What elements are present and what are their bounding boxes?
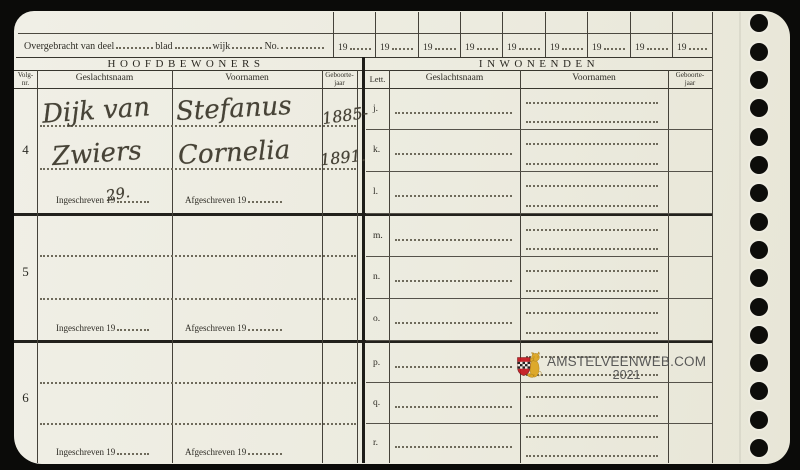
paper-crease — [739, 12, 741, 463]
writing-line — [526, 436, 658, 438]
binder-hole — [750, 43, 768, 61]
inwonenden-title: INWONENDEN — [366, 58, 712, 70]
inwonenden-row: m. — [366, 216, 712, 257]
writing-line — [40, 298, 356, 300]
rule-vertical — [502, 12, 503, 57]
column-header-geslachtsnaam: Geslachtsnaam — [37, 70, 172, 88]
writing-line — [526, 312, 658, 314]
afgeschreven-line: Afgeschreven 19 — [185, 321, 284, 333]
inwonenden-row: o. — [366, 298, 712, 341]
writing-line — [526, 229, 658, 231]
ingeschreven-line: Ingeschreven 19 — [56, 193, 151, 205]
writing-line — [395, 280, 512, 282]
afgeschreven-label: Afgeschreven 19 — [185, 323, 246, 333]
dotted-leader — [117, 321, 149, 331]
row-letter: n. — [373, 272, 380, 282]
binder-hole — [750, 241, 768, 259]
rule-vertical — [672, 12, 673, 57]
writing-line — [526, 332, 658, 334]
dotted-leader — [248, 445, 282, 455]
dotted-leader — [248, 193, 282, 203]
register-row-number: 5 — [14, 264, 37, 280]
writing-line — [526, 415, 658, 417]
row-letter: m. — [373, 231, 383, 241]
year-cell: 19 — [592, 40, 627, 53]
dotted-leader — [689, 40, 707, 50]
writing-line — [526, 248, 658, 250]
afgeschreven-line: Afgeschreven 19 — [185, 445, 284, 457]
rule-vertical — [333, 12, 334, 57]
dotted-leader — [392, 40, 413, 50]
writing-line — [395, 153, 512, 155]
dotted-leader — [604, 40, 625, 50]
dotted-leader — [477, 40, 498, 50]
year-cell: 19 — [677, 40, 709, 53]
rule-vertical — [375, 12, 376, 57]
year-cell: 19 — [465, 40, 500, 53]
rule-vertical — [357, 70, 358, 463]
year-cell: 19 — [423, 40, 458, 53]
column-header-geslachtsnaam: Geslachtsnaam — [389, 70, 520, 88]
dotted-leader — [232, 39, 262, 49]
column-header-text: Geboorte- — [668, 71, 712, 79]
writing-line — [395, 446, 512, 448]
writing-line — [526, 455, 658, 457]
rule-vertical — [630, 12, 631, 57]
inwonenden-row: q. — [366, 382, 712, 424]
transfer-wijk-label: wijk — [213, 41, 231, 52]
afgeschreven-line: Afgeschreven 19 — [185, 193, 284, 205]
ingeschreven-line: Ingeschreven 19 — [56, 321, 151, 333]
binder-hole — [750, 382, 768, 400]
column-header-geboortejaar: Geboorte- jaar — [668, 70, 712, 88]
binder-hole — [750, 326, 768, 344]
binder-hole — [750, 71, 768, 89]
row-letter: q. — [373, 398, 380, 408]
writing-line — [526, 270, 658, 272]
rule-vertical — [37, 70, 38, 463]
binder-hole — [750, 184, 768, 202]
binder-hole — [750, 156, 768, 174]
column-header-text: Lett. — [366, 75, 389, 84]
watermark: AMSTELVEENWEB.COM 2021 — [516, 351, 706, 386]
inwonenden-row: j. — [366, 88, 712, 130]
ingeschreven-label: Ingeschreven 19 — [56, 323, 115, 333]
year-cell-label: 19 — [635, 43, 645, 53]
dotted-leader — [281, 39, 324, 49]
column-header-text: Geboorte- — [322, 71, 357, 79]
transfer-label: Overgebracht van deel — [24, 41, 114, 52]
watermark-site: AMSTELVEENWEB.COM — [547, 355, 706, 369]
inwonenden-row: k. — [366, 129, 712, 172]
binder-hole — [750, 269, 768, 287]
writing-line — [40, 255, 356, 257]
register-row-number: 4 — [14, 142, 37, 158]
writing-line — [526, 102, 658, 104]
column-header-voornamen: Voornamen — [520, 70, 668, 88]
column-header-lett: Lett. — [366, 70, 389, 88]
binder-hole — [750, 213, 768, 231]
ingeschreven-line: Ingeschreven 19 — [56, 445, 151, 457]
writing-line — [40, 382, 356, 384]
column-header-text: jaar — [668, 79, 712, 87]
writing-line — [526, 163, 658, 165]
year-cell: 19 — [550, 40, 585, 53]
row-letter: r. — [373, 438, 378, 448]
binder-hole — [750, 411, 768, 429]
year-cell-label: 19 — [380, 43, 390, 53]
rule-vertical — [172, 70, 173, 463]
inwonenden-row: r. — [366, 423, 712, 463]
column-header-text: Volg- — [14, 71, 37, 79]
register-card-scan: Overgebracht van deel blad wijk No. 19 1… — [0, 0, 800, 470]
ingeschreven-label: Ingeschreven 19 — [56, 447, 115, 457]
column-header-text: Geslachtsnaam — [37, 74, 172, 84]
afgeschreven-label: Afgeschreven 19 — [185, 447, 246, 457]
column-header-text: Voornamen — [520, 74, 668, 84]
transfer-line: Overgebracht van deel blad wijk No. — [24, 39, 326, 52]
rule-vertical — [545, 12, 546, 57]
writing-line — [395, 322, 512, 324]
amstelveen-coat-of-arms-icon — [516, 351, 542, 386]
transfer-blad-label: blad — [155, 41, 172, 52]
handwritten-firstname: Stefanus — [175, 91, 292, 127]
year-cell-label: 19 — [338, 43, 348, 53]
year-cell-label: 19 — [507, 43, 517, 53]
row-letter: p. — [373, 358, 380, 368]
dotted-leader — [117, 445, 149, 455]
handwritten-firstname: Cornelia — [177, 135, 291, 171]
writing-line — [395, 239, 512, 241]
row-letter: l. — [373, 187, 378, 197]
hoofdbewoners-title: HOOFDBEWONERS — [14, 58, 358, 70]
writing-line — [526, 185, 658, 187]
rule-vertical — [322, 70, 323, 463]
column-header-text: Geslachtsnaam — [389, 74, 520, 84]
writing-line — [40, 423, 356, 425]
binder-hole — [750, 128, 768, 146]
dotted-leader — [519, 40, 540, 50]
register-row-number: 6 — [14, 390, 37, 406]
row-letter: o. — [373, 314, 380, 324]
writing-line — [526, 143, 658, 145]
writing-line — [526, 396, 658, 398]
handwritten-surname: Zwiers — [51, 136, 143, 172]
inwonenden-row: n. — [366, 256, 712, 299]
writing-line — [395, 195, 512, 197]
writing-line — [526, 205, 658, 207]
column-header-voornamen: Voornamen — [172, 70, 322, 88]
watermark-text: AMSTELVEENWEB.COM 2021 — [547, 355, 706, 382]
writing-line — [395, 406, 512, 408]
dotted-leader — [562, 40, 583, 50]
afgeschreven-label: Afgeschreven 19 — [185, 195, 246, 205]
binder-hole — [750, 298, 768, 316]
year-cell-label: 19 — [423, 43, 433, 53]
column-header-geboortejaar: Geboorte- jaar — [322, 70, 357, 88]
dotted-leader — [248, 321, 282, 331]
column-header-volgnr: Volg- nr. — [14, 70, 37, 88]
row-letter: j. — [373, 104, 378, 114]
year-cell-label: 19 — [677, 43, 687, 53]
dotted-leader — [350, 40, 371, 50]
rule-vertical — [418, 12, 419, 57]
transfer-no-label: No. — [264, 41, 279, 52]
column-header-text: nr. — [14, 79, 37, 87]
writing-line — [395, 112, 512, 114]
year-cell-label: 19 — [592, 43, 602, 53]
year-cell-label: 19 — [550, 43, 560, 53]
binder-hole — [750, 14, 768, 32]
dotted-leader — [435, 40, 456, 50]
watermark-year: 2021 — [613, 369, 641, 382]
rule-vertical — [712, 12, 713, 463]
column-header-text: jaar — [322, 79, 357, 87]
year-cell: 19 — [507, 40, 542, 53]
writing-line — [526, 121, 658, 123]
rule-vertical — [587, 12, 588, 57]
year-cell: 19 — [380, 40, 415, 53]
inwonenden-row: l. — [366, 171, 712, 214]
year-cell: 19 — [338, 40, 373, 53]
row-letter: k. — [373, 145, 380, 155]
rule-vertical — [460, 12, 461, 57]
binder-hole — [750, 439, 768, 457]
rule-horizontal — [18, 33, 713, 34]
year-cell-label: 19 — [465, 43, 475, 53]
dotted-leader — [116, 39, 153, 49]
dotted-leader — [175, 39, 211, 49]
binder-hole — [750, 354, 768, 372]
binder-hole — [750, 99, 768, 117]
writing-line — [395, 366, 512, 368]
year-cell: 19 — [635, 40, 670, 53]
column-header-text: Voornamen — [172, 74, 322, 84]
writing-line — [526, 290, 658, 292]
dotted-leader — [647, 40, 668, 50]
